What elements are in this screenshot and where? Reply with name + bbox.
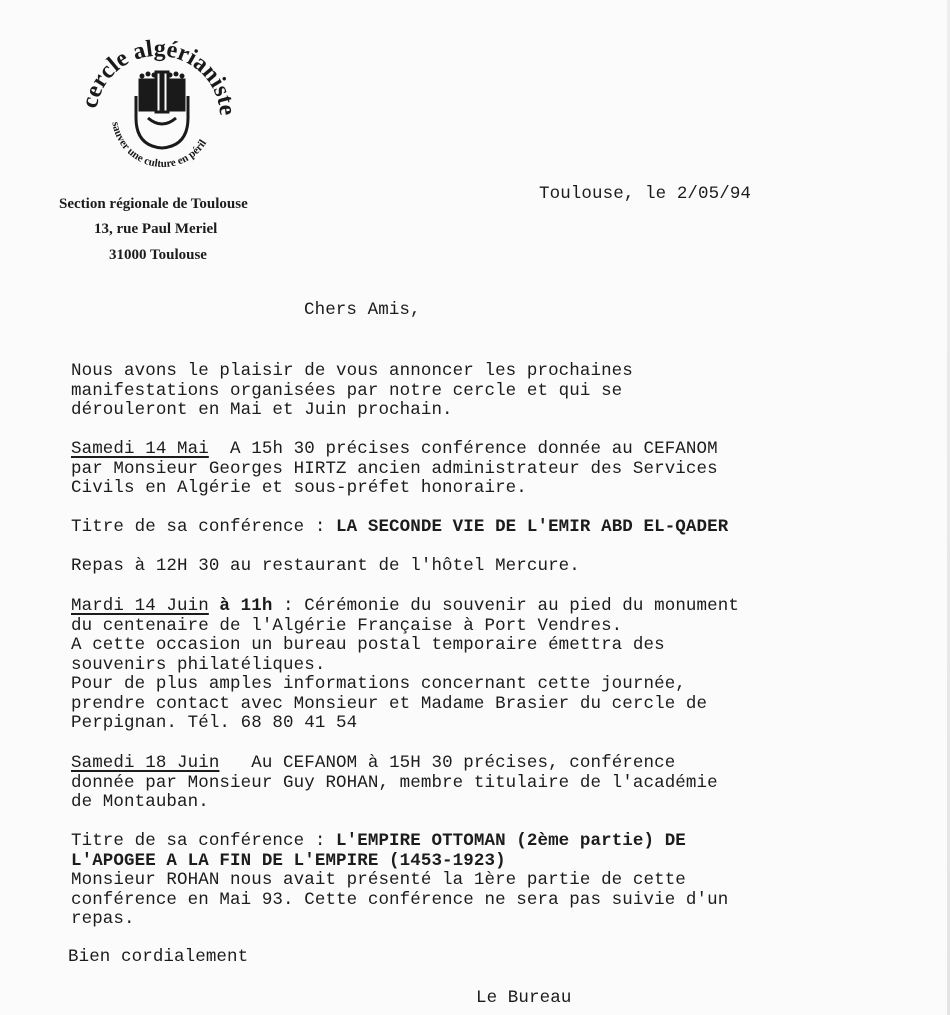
conference-title: L'EMPIRE OTTOMAN (2ème partie) DE [336,831,686,851]
intro-line: Nous avons le plaisir de vous annoncer l… [71,362,633,382]
event-text: donnée par Monsieur Guy ROHAN, membre ti… [71,774,718,794]
date-line: Toulouse, le 2/05/94 [539,185,751,205]
svg-text:cercle algérianiste: cercle algérianiste [77,36,241,117]
event-samedi-14-mai: Samedi 14 Mai A 15h 30 précises conféren… [71,440,718,499]
event-text: : Cérémonie du souvenir au pied du monum… [272,596,738,616]
address-street: 13, rue Paul Meriel [94,221,217,238]
event-time: à 11h [209,596,273,616]
meal-info: Repas à 12H 30 au restaurant de l'hôtel … [71,557,580,577]
event-phone: Perpignan. Tél. 68 80 41 54 [71,714,739,734]
event-date: Mardi 14 Juin [71,596,209,616]
intro-line: manifestations organisées par notre cerc… [71,382,633,402]
intro-line: dérouleront en Mai et Juin prochain. [71,401,633,421]
event-text: prendre contact avec Monsieur et Madame … [71,695,739,715]
conference-title-2: Titre de sa conférence : L'EMPIRE OTTOMA… [71,832,728,930]
event-note: conférence en Mai 93. Cette conférence n… [71,891,728,911]
event-text: du centenaire de l'Algérie Française à P… [71,617,739,637]
event-text: de Montauban. [71,793,718,813]
hand-of-fatima-icon [136,72,188,148]
intro-paragraph: Nous avons le plaisir de vous annoncer l… [71,362,633,421]
address-city: 31000 Toulouse [109,247,207,264]
signature: Le Bureau [476,989,571,1009]
event-text: Pour de plus amples informations concern… [71,675,739,695]
svg-text:sauver une culture en péril: sauver une culture en péril [109,121,209,170]
logo-emblem: cercle algérianiste sauver une culture e… [74,18,244,188]
event-date: Samedi 18 Juin [71,753,219,773]
closing: Bien cordialement [68,948,248,968]
event-samedi-18-juin: Samedi 18 Juin Au CEFANOM à 15H 30 préci… [71,754,718,813]
conference-title: L'APOGEE A LA FIN DE L'EMPIRE (1453-1923… [71,852,728,872]
event-text: souvenirs philatéliques. [71,656,739,676]
event-text: par Monsieur Georges HIRTZ ancien admini… [71,460,718,480]
event-mardi-14-juin: Mardi 14 Juin à 11h : Cérémonie du souve… [71,597,739,734]
event-date: Samedi 14 Mai [71,439,209,459]
event-text: Au CEFANOM à 15H 30 précises, conférence [219,753,675,773]
section-name: Section régionale de Toulouse [59,196,248,213]
event-text: Civils en Algérie et sous-préfet honorai… [71,479,718,499]
event-note: repas. [71,910,728,930]
salutation: Chers Amis, [304,301,421,321]
event-note: Monsieur ROHAN nous avait présenté la 1è… [71,871,728,891]
conference-title: LA SECONDE VIE DE L'EMIR ABD EL-QADER [336,517,728,537]
event-text: A 15h 30 précises conférence donnée au C… [209,439,718,459]
event-text: A cette occasion un bureau postal tempor… [71,636,739,656]
cercle-algerianiste-logo: cercle algérianiste sauver une culture e… [74,18,244,188]
conference-title-1: Titre de sa conférence : LA SECONDE VIE … [71,518,728,538]
